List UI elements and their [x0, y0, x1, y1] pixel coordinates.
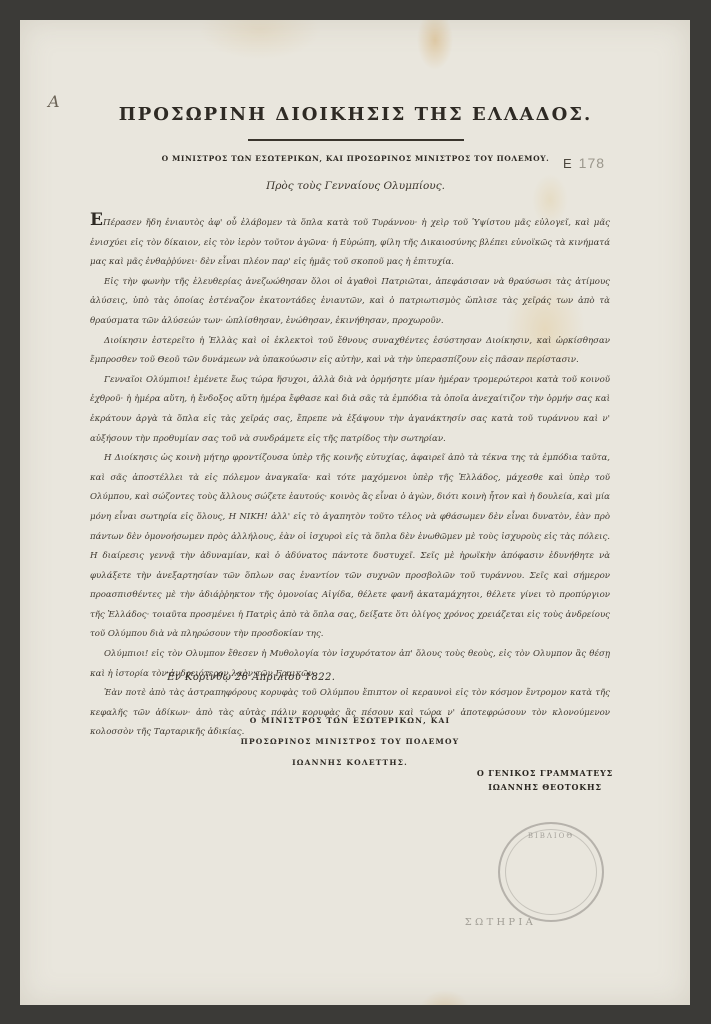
paragraph: Η Διοίκησις ὡς κοινὴ μήτηρ φροντίζουσα ὑ… — [90, 449, 610, 645]
signature-line-1: Ο ΜΙΝΙΣΤΡΟΣ ΤΩΝ ΕΣΩΤΕΡΙΚΩΝ, ΚΑΙ — [200, 710, 500, 731]
address-line: Πρὸς τοὺς Γενναίους Ολυμπίους. — [0, 180, 711, 192]
archive-number: 178 — [579, 155, 605, 171]
title-rule-divider — [248, 139, 464, 141]
signature-line-2: ΠΡΟΣΩΡΙΝΟΣ ΜΙΝΙΣΤΡΟΣ ΤΟΥ ΠΟΛΕΜΟΥ — [200, 731, 500, 752]
paragraph: Γενναῖοι Ολύμπιοι! ἐμένετε ἕως τώρα ἥσυχ… — [90, 371, 610, 449]
document-title: ΠΡΟΣΩΡΙΝΗ ΔΙΟΙΚΗΣΙΣ ΤΗΣ ΕΛΛΑΔΟΣ. — [0, 104, 711, 125]
proclamation-body: ΕΠέρασεν ἤδη ἐνιαυτὸς ἀφ' οὗ ἐλάβομεν τὰ… — [90, 214, 610, 743]
archive-number-prefix: Ε — [563, 156, 573, 171]
paragraph: ΕΠέρασεν ἤδη ἐνιαυτὸς ἀφ' οὗ ἐλάβομεν τὰ… — [90, 214, 610, 273]
signature-name: ΙΩΑΝΝΗΣ ΚΟΛΕΤΤΗΣ. — [200, 752, 500, 773]
seal-text: ΒΙΒΛΙΟΘ — [500, 832, 602, 840]
dateline: Ἐν Κορίνθῳ 26 Ἀπριλίου 1822. — [166, 672, 335, 683]
paragraph: Διοίκησιν ἐστερεῖτο ἡ Ἑλλὰς καὶ οἱ ἐκλεκ… — [90, 332, 610, 371]
library-seal-stamp-icon: ΒΙΒΛΙΟΘ — [498, 822, 604, 922]
drop-cap: Ε — [90, 210, 103, 230]
secretary-title: Ο ΓΕΝΙΚΟΣ ΓΡΑΜΜΑΤΕΥΣ — [470, 766, 620, 780]
bleed-through-print: ΣΩΤΗΡΙΑ — [465, 918, 536, 928]
archive-number-stamp: Ε178 — [563, 155, 605, 171]
secretary-name: ΙΩΑΝΝΗΣ ΘΕΟΤΟΚΗΣ — [470, 780, 620, 794]
minister-signature-block: Ο ΜΙΝΙΣΤΡΟΣ ΤΩΝ ΕΣΩΤΕΡΙΚΩΝ, ΚΑΙ ΠΡΟΣΩΡΙΝ… — [200, 710, 500, 773]
paragraph: Εἰς τὴν φωνὴν τῆς ἐλευθερίας ἀνεζωώθησαν… — [90, 273, 610, 332]
secretary-signature-block: Ο ΓΕΝΙΚΟΣ ΓΡΑΜΜΑΤΕΥΣ ΙΩΑΝΝΗΣ ΘΕΟΤΟΚΗΣ — [470, 766, 620, 794]
